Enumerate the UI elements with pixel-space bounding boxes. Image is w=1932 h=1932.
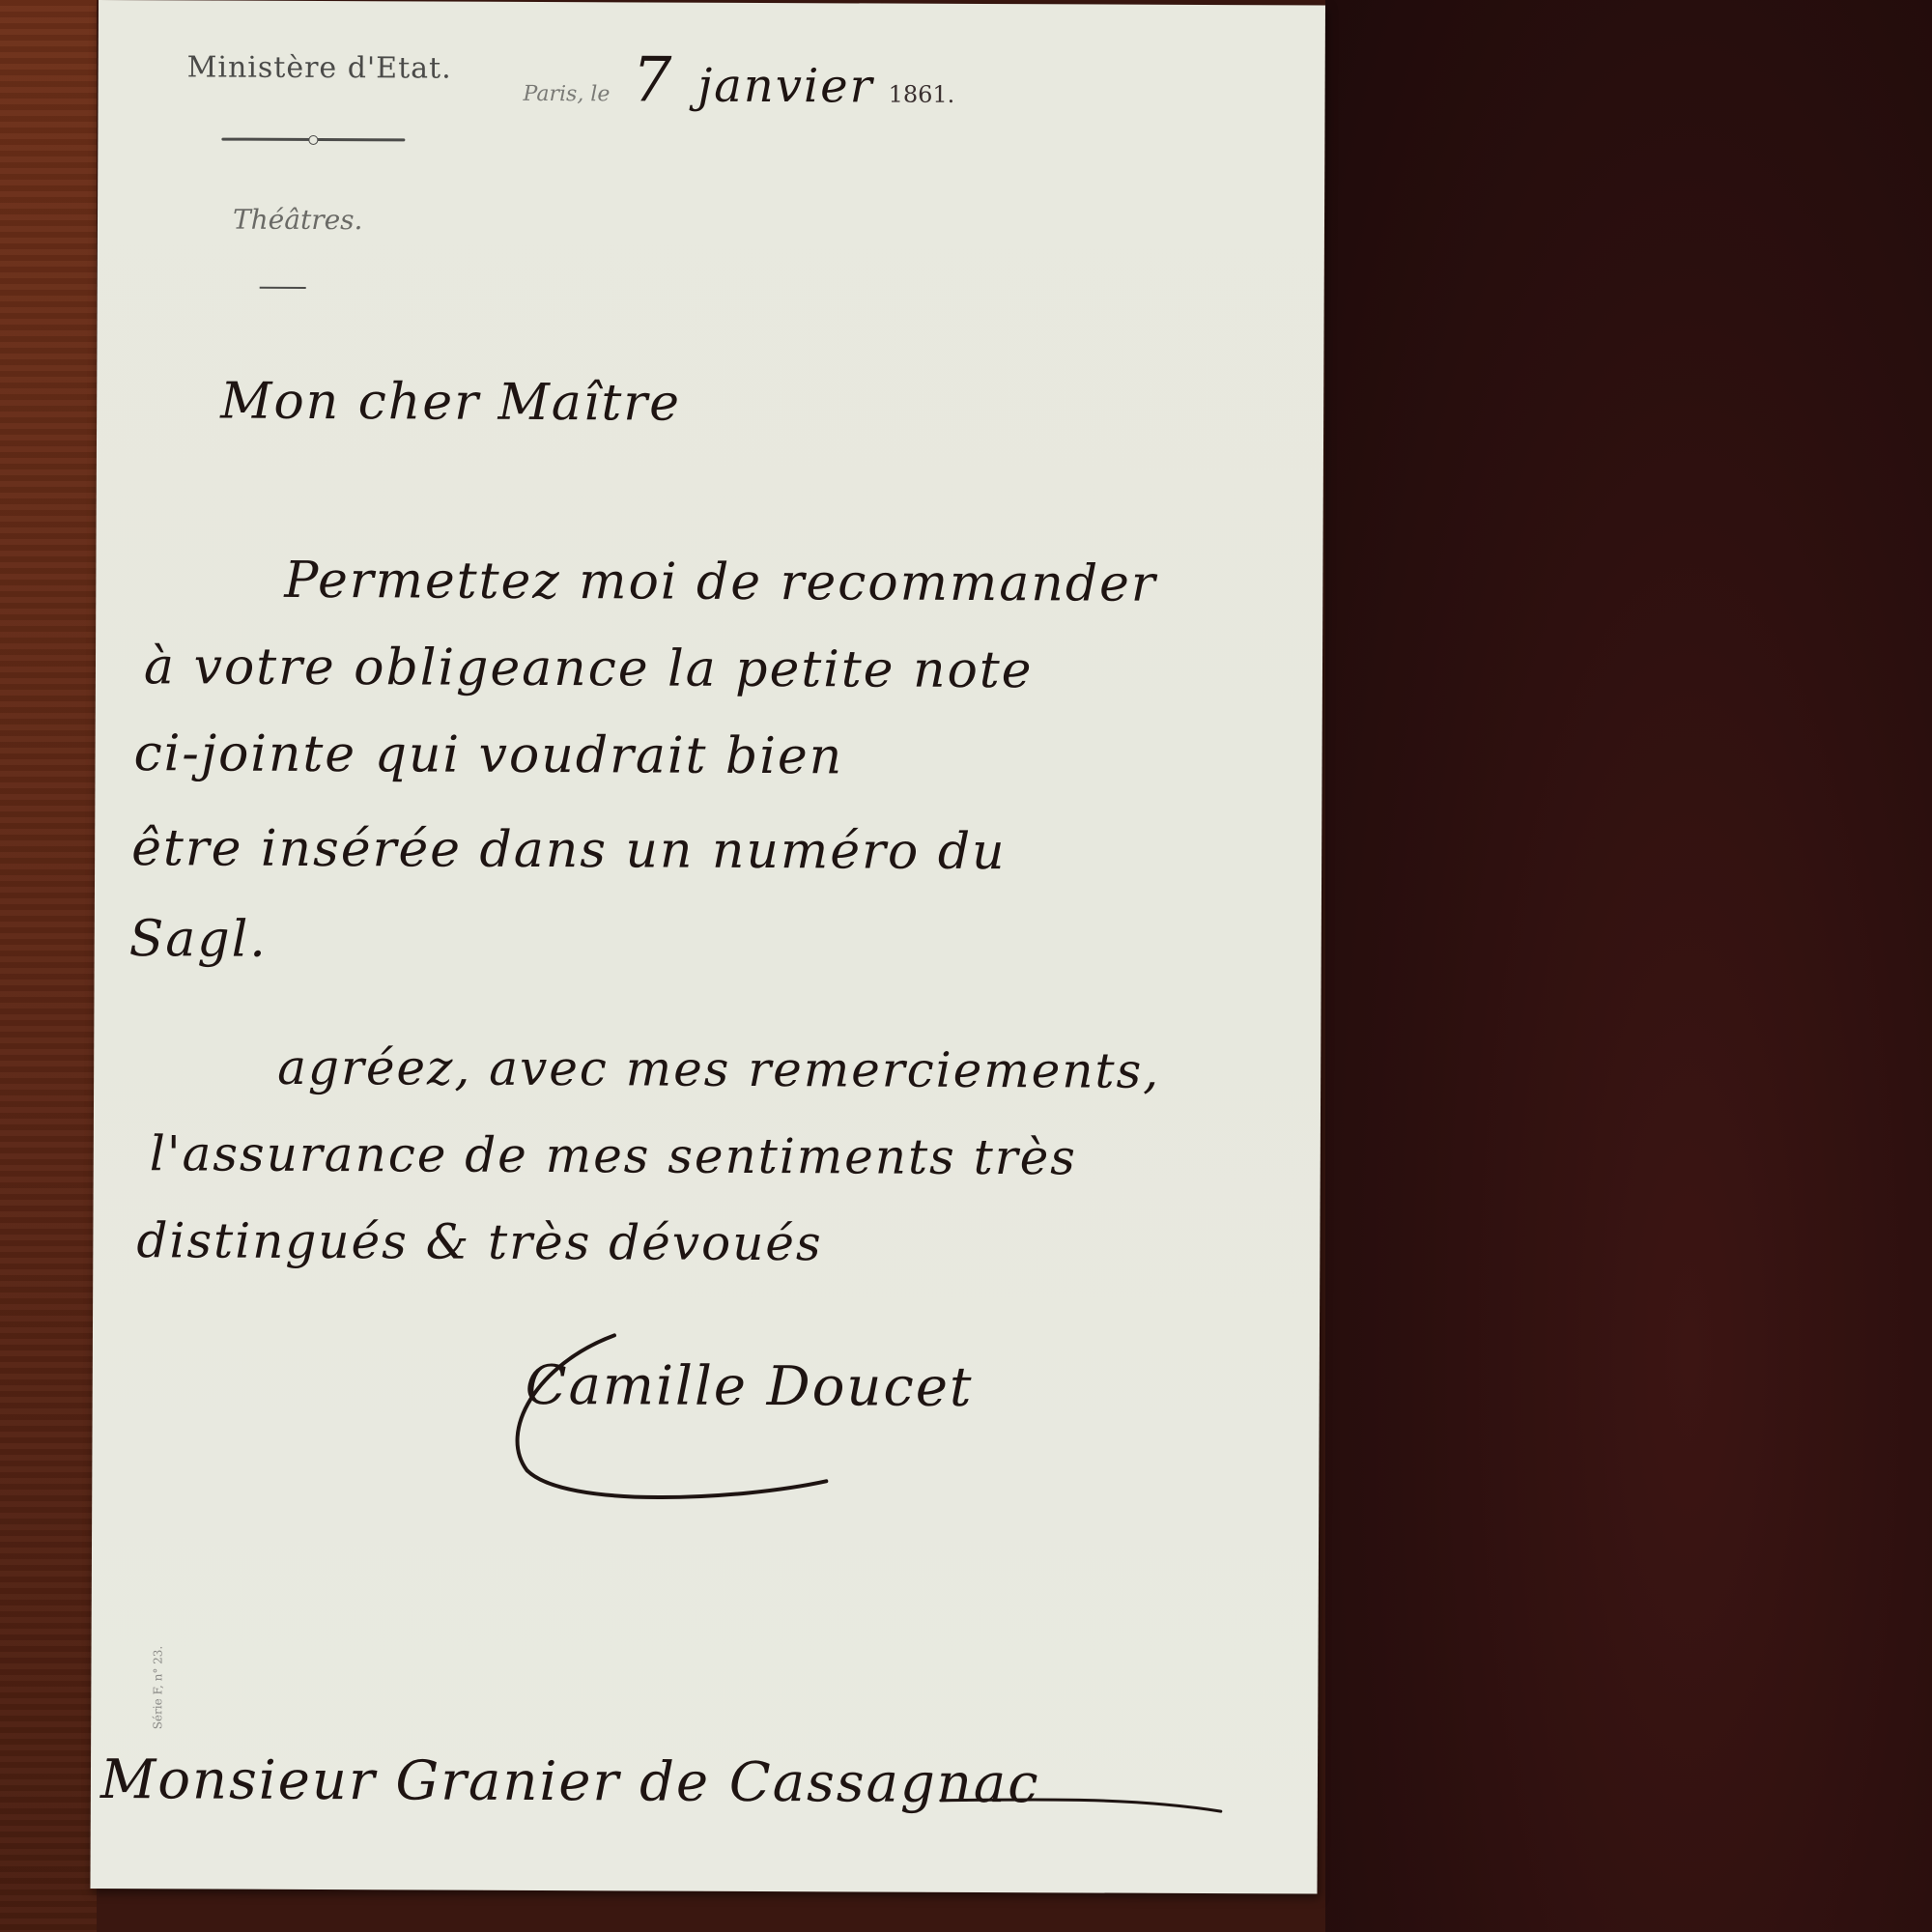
closing-line-2: l'assurance de mes sentiments très	[150, 1125, 1077, 1185]
date-day: 7	[632, 44, 673, 116]
date-line: Paris, le 7 janvier 1861.	[523, 44, 954, 118]
signature-flourish	[497, 1325, 981, 1520]
body-line-1: Permettez moi de recommander	[284, 552, 1157, 613]
closing-line-3: distingués & très dévoués	[136, 1212, 822, 1271]
addressee: Monsieur Granier de Cassagnac	[100, 1748, 1040, 1815]
body-line-2: à votre obligeance la petite note	[144, 638, 1034, 699]
addressee-underline	[941, 1781, 1231, 1821]
place-label: Paris, le	[524, 82, 611, 106]
department-heading: Théâtres.	[233, 204, 363, 237]
ornament-dot	[308, 135, 318, 145]
printer-mark: Série F, n° 23.	[151, 1646, 164, 1730]
letterhead-ornament	[221, 138, 405, 142]
department-rule	[260, 287, 306, 289]
closing-line-1: agréez, avec mes remerciements,	[277, 1039, 1160, 1099]
salutation: Mon cher Maître	[220, 373, 681, 433]
body-line-5: Sagl.	[129, 910, 268, 969]
date-month: janvier	[697, 59, 873, 114]
body-line-4: être insérée dans un numéro du	[131, 819, 1007, 881]
ministry-heading: Ministère d'Etat.	[187, 50, 452, 85]
body-line-3: ci-jointe qui voudrait bien	[133, 724, 843, 785]
letter-sheet: Ministère d'Etat. Théâtres. Paris, le 7 …	[90, 0, 1325, 1894]
date-year: 1861.	[889, 81, 955, 108]
